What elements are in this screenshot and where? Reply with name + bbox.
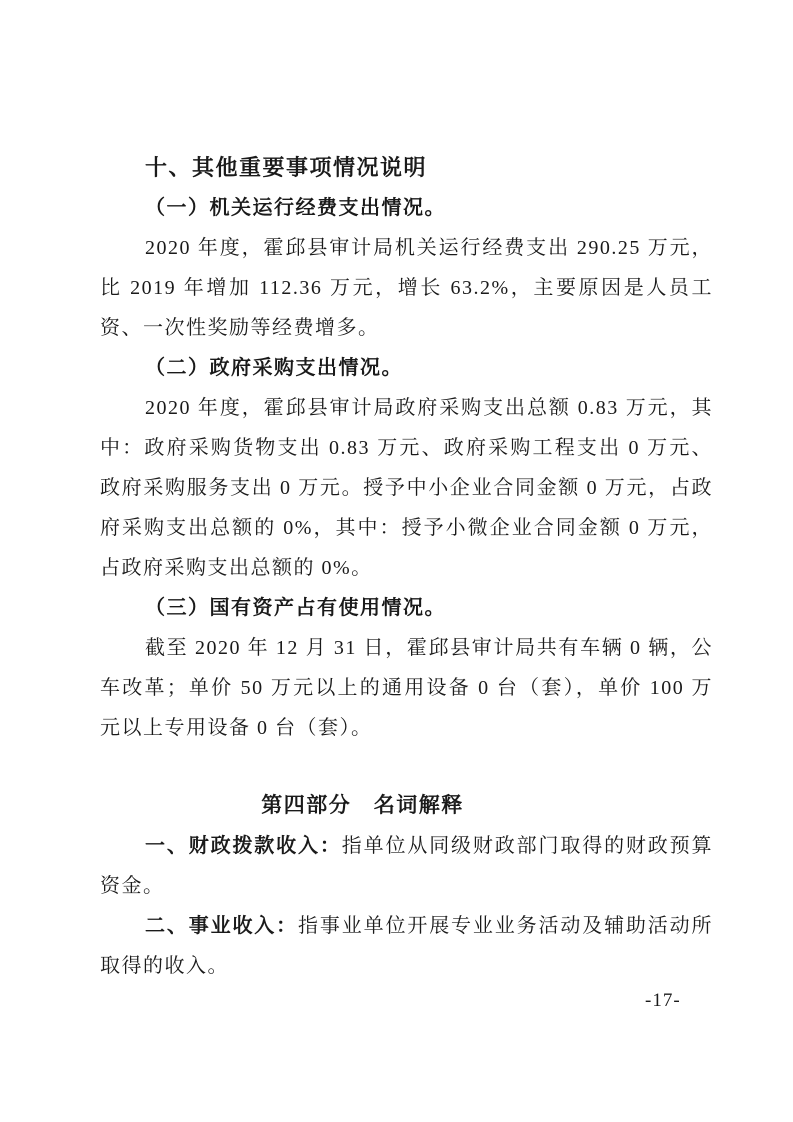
term-label-fiscal-appropriation-income: 一、财政拨款收入： [145,835,342,857]
part-four-title: 第四部分 名词解释 [100,786,713,826]
term-paragraph-fiscal-appropriation-income: 一、财政拨款收入：指单位从同级财政部门取得的财政预算资金。 [100,826,713,906]
paragraph-government-procurement: 2020 年度，霍邱县审计局政府采购支出总额 0.83 万元，其中：政府采购货物… [100,388,713,588]
sub-heading-agency-operating-expense: （一）机关运行经费支出情况。 [100,188,713,228]
section-heading-other-important-items: 十、其他重要事项情况说明 [100,148,713,188]
sub-heading-state-assets: （三）国有资产占有使用情况。 [100,588,713,628]
sub-heading-government-procurement: （二）政府采购支出情况。 [100,348,713,388]
term-label-business-income: 二、事业收入： [145,915,298,937]
document-content: 十、其他重要事项情况说明 （一）机关运行经费支出情况。 2020 年度，霍邱县审… [100,148,713,986]
term-paragraph-business-income: 二、事业收入：指事业单位开展专业业务活动及辅助活动所取得的收入。 [100,906,713,986]
document-page: 十、其他重要事项情况说明 （一）机关运行经费支出情况。 2020 年度，霍邱县审… [0,0,793,1122]
page-number: -17- [645,990,681,1012]
paragraph-state-assets: 截至 2020 年 12 月 31 日，霍邱县审计局共有车辆 0 辆，公车改革；… [100,628,713,748]
paragraph-agency-operating-expense: 2020 年度，霍邱县审计局机关运行经费支出 290.25 万元，比 2019 … [100,228,713,348]
